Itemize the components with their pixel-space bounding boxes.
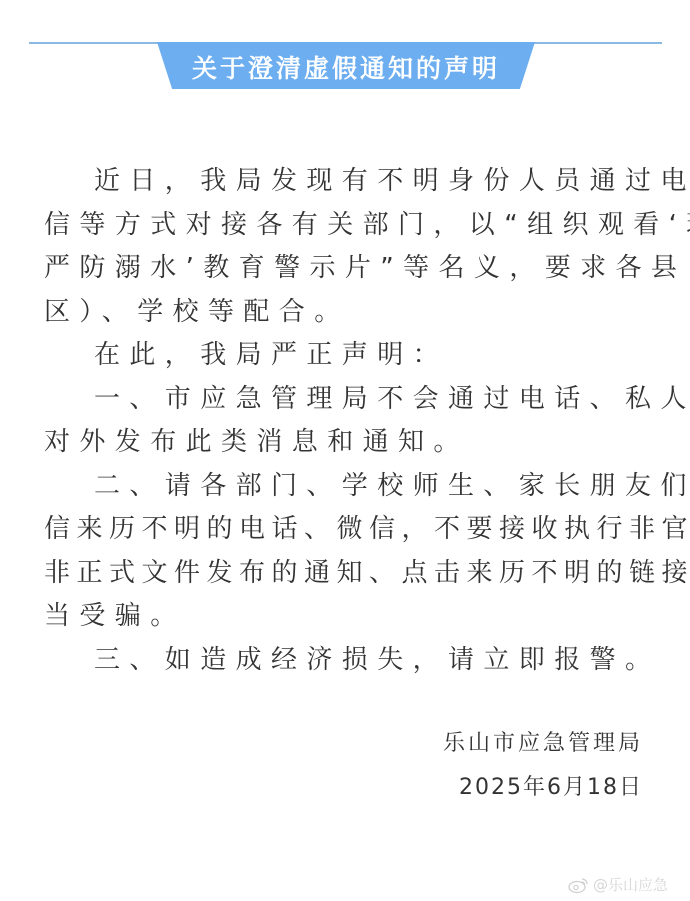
paragraph-line: 非正式文件发布的通知、点击来历不明的链接，避免上 <box>44 552 664 596</box>
paragraph-line: 当受骗。 <box>44 595 664 639</box>
paragraph-line: 在此，我局严正声明： <box>44 334 664 378</box>
paragraph-line: 区）、学校等配合。 <box>44 291 664 335</box>
weibo-watermark: @乐山应急 <box>568 874 668 895</box>
paragraph-line: 严防溺水’教育警示片”等名义，要求各县（市、 <box>44 247 664 291</box>
paragraph-line: 三、如造成经济损失，请立即报警。 <box>44 639 664 683</box>
watermark-text: @乐山应急 <box>593 874 668 895</box>
paragraph-line: 信等方式对接各有关部门，以“组织观看‘珍爱生命、 <box>44 204 664 248</box>
title-banner: 关于澄清虚假通知的声明 <box>157 42 535 89</box>
issuer-signature: 乐山市应急管理局 <box>443 733 643 755</box>
paragraph-line: 一、市应急管理局不会通过电话、私人微信等渠道 <box>44 378 664 422</box>
paragraph-line: 对外发布此类消息和通知。 <box>44 421 664 465</box>
paragraph-line: 信来历不明的电话、微信，不要接收执行非官方渠道或 <box>44 508 664 552</box>
statement-body: 近日，我局发现有不明身份人员通过电话、私人微 信等方式对接各有关部门，以“组织观… <box>44 160 664 682</box>
weibo-icon <box>568 876 590 894</box>
page-title: 关于澄清虚假通知的声明 <box>192 49 500 85</box>
paragraph-line: 二、请各部门、学校师生、家长朋友们不要轻易相 <box>44 465 664 509</box>
paragraph-line: 近日，我局发现有不明身份人员通过电话、私人微 <box>44 160 664 204</box>
issue-date: 2025年6月18日 <box>459 777 643 799</box>
